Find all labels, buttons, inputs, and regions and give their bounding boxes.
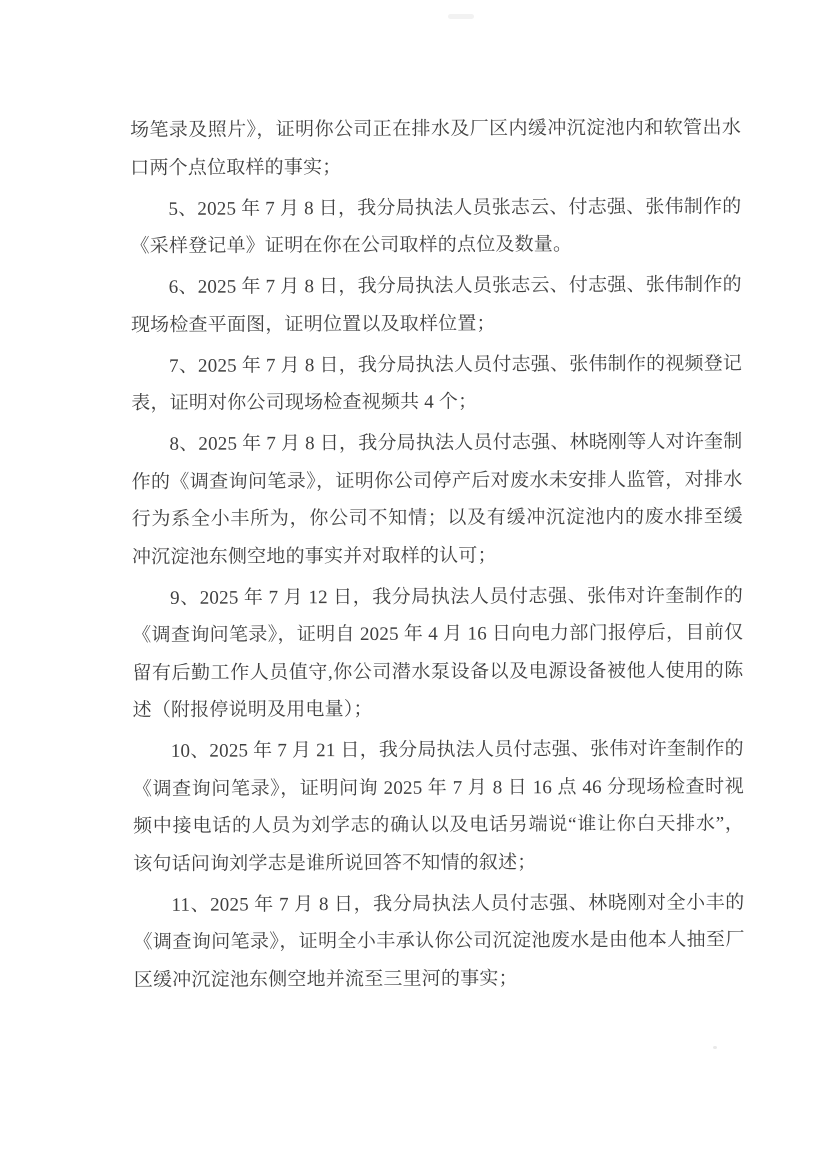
document-body: 场笔录及照片》，证明你公司正在排水及厂区内缓冲沉淀池内和软管出水口两个点位取样的…	[130, 109, 745, 1002]
paragraph-item-11: 11、2025 年 7 月 8 日，我分局执法人员付志强、林晓刚对全小丰的《调查…	[133, 884, 744, 999]
scan-artifact	[448, 14, 474, 19]
paragraph-item-5: 5、2025 年 7 月 8 日，我分局执法人员张志云、付志强、张伟制作的《采样…	[130, 188, 741, 266]
scan-artifact	[713, 1046, 717, 1049]
paragraph-item-8: 8、2025 年 7 月 8 日，我分局执法人员付志强、林晓刚等人对许奎制作的《…	[131, 423, 743, 576]
paragraph-item-10: 10、2025 年 7 月 21 日，我分局执法人员付志强、张伟对许奎制作的《调…	[133, 730, 745, 883]
paragraph-item-9: 9、2025 年 7 月 12 日，我分局执法人员付志强、张伟对许奎制作的《调查…	[132, 577, 744, 730]
document-page: 场笔录及照片》，证明你公司正在排水及厂区内缓冲沉淀池内和软管出水口两个点位取样的…	[0, 0, 824, 1168]
paragraph-continuation: 场笔录及照片》，证明你公司正在排水及厂区内缓冲沉淀池内和软管出水口两个点位取样的…	[130, 109, 741, 187]
paragraph-item-6: 6、2025 年 7 月 8 日，我分局执法人员张志云、付志强、张伟制作的现场检…	[131, 266, 742, 344]
paragraph-item-7: 7、2025 年 7 月 8 日，我分局执法人员付志强、张伟制作的视频登记表，证…	[131, 345, 742, 423]
